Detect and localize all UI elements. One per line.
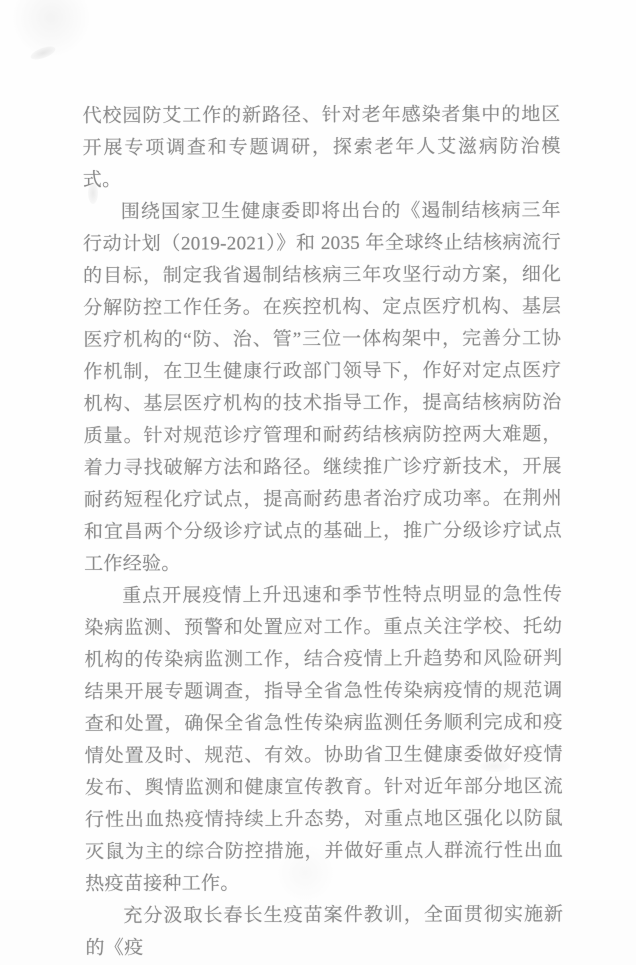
scan-artifact-smudge (29, 44, 57, 62)
scanned-document-page: 代校园防艾工作的新路径、针对老年感染者集中的地区开展专项调查和专题调研，探索老年… (0, 0, 636, 900)
paragraph-acute-infectious-disease: 重点开展疫情上升迅速和季节性特点明显的急性传染病监测、预警和处置应对工作。重点关… (84, 579, 563, 900)
document-body-text: 代校园防艾工作的新路径、针对老年感染者集中的地区开展专项调查和专题调研，探索老年… (82, 99, 563, 900)
paragraph-tuberculosis-action-plan: 围绕国家卫生健康委即将出台的《遏制结核病三年行动计划（2019-2021）》和 … (83, 195, 562, 581)
paragraph-aids-prevention-continuation: 代校园防艾工作的新路径、针对老年感染者集中的地区开展专项调查和专题调研，探索老年… (82, 99, 560, 197)
